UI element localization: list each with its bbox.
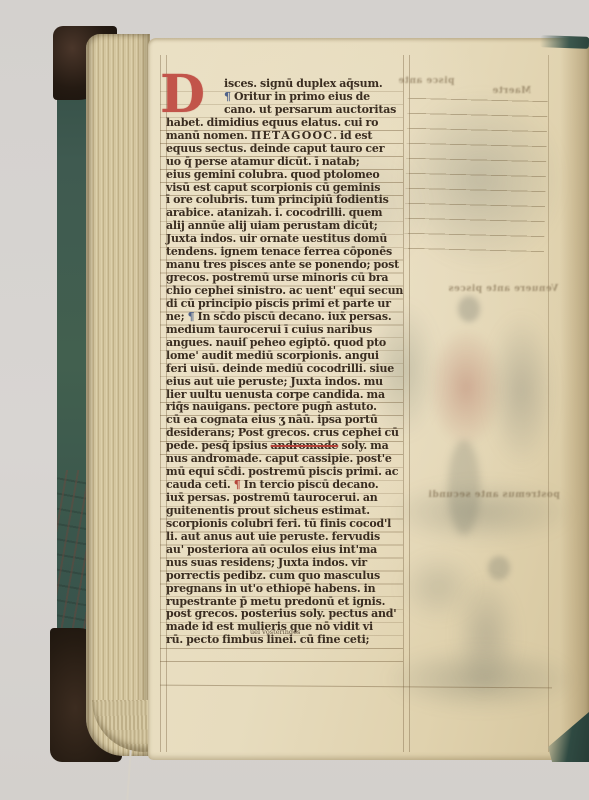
page-stack-edge (86, 34, 150, 756)
text-line: rū. pecto fimbus linei. cū fine ceti; (166, 634, 404, 647)
rear-cover-sliver-top (540, 35, 589, 49)
interlinear-gloss: uel vosteringes (250, 628, 300, 636)
ruling-vertical-right (548, 55, 549, 752)
ruling-vertical-mid-right (409, 55, 410, 752)
photograph-backdrop: pisce ante Maerte Venuere ante pisces po… (0, 0, 589, 800)
text-block: isces. signū duplex aq̄sum.¶ Oritur in p… (166, 78, 404, 647)
page-curvature-shading (560, 38, 589, 760)
ruling-right-column (404, 84, 548, 255)
ruling-vertical-left-outer (160, 55, 161, 752)
bookmark-thread (126, 750, 131, 800)
